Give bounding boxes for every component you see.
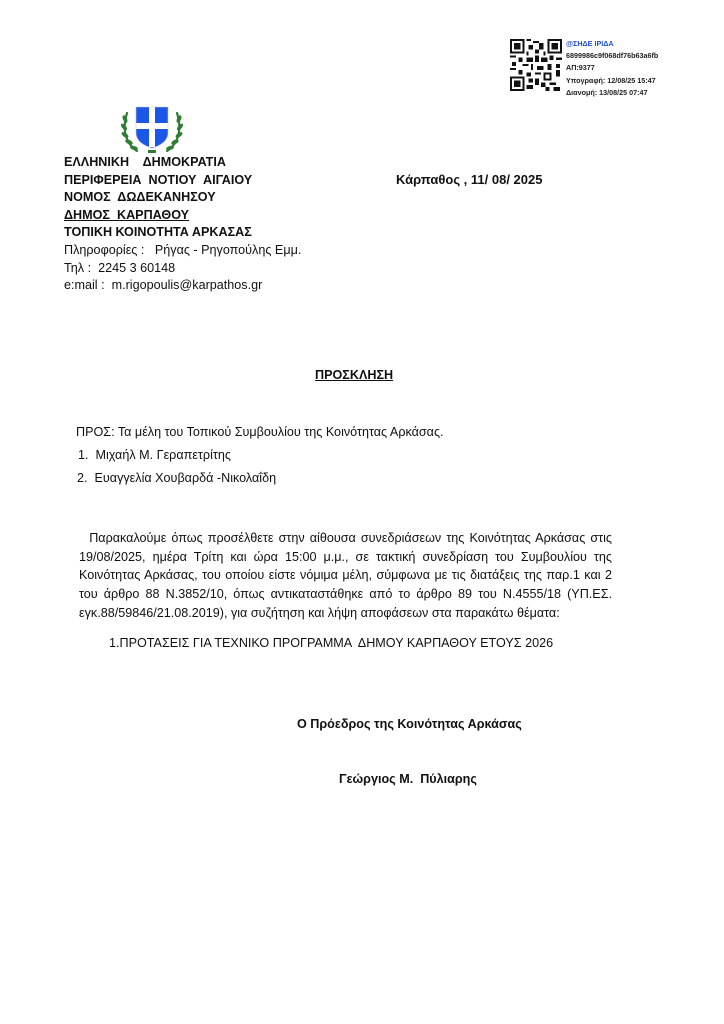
signatory-name: Γεώργιος Μ. Πύλιαρης	[339, 772, 477, 786]
stamp-signed: Υπογραφή: 12/08/25 15:47	[566, 75, 658, 87]
letterhead-community: ΤΟΠΙΚΗ ΚΟΙΝΟΤΗΤΑ ΑΡΚΑΣΑΣ	[64, 224, 301, 242]
contact-phone: Τηλ : 2245 3 60148	[64, 260, 301, 278]
stamp-hash: 6899986c9f068df76b63a6fb	[566, 50, 658, 62]
letterhead-prefecture: ΝΟΜΟΣ ΔΩΔΕΚΑΝΗΣΟΥ	[64, 189, 301, 207]
recipients-intro: ΠΡΟΣ: Τα μέλη του Τοπικού Συμβουλίου της…	[76, 423, 444, 442]
contact-info: Πληροφορίες : Ρήγας - Ρηγοπούλης Εμμ.	[64, 242, 301, 260]
paragraph-line: 19/08/2025, ημέρα Τρίτη και ώρα 15:00 μ.…	[79, 548, 612, 567]
letterhead-country: ΕΛΛΗΝΙΚΗ ΔΗΜΟΚΡΑΤΙΑ	[64, 154, 301, 172]
signatory-role: Ο Πρόεδρος της Κοινότητας Αρκάσας	[297, 717, 522, 731]
stamp-brand: @ΣΗΔΕ ΙΡΙΔΑ	[566, 38, 658, 50]
stamp-protocol: ΑΠ:9377	[566, 62, 658, 74]
recipient-item: 1. Μιχαήλ Μ. Γεραπετρίτης	[78, 446, 231, 465]
document-title: ΠΡΟΣΚΛΗΣΗ	[315, 368, 393, 382]
contact-email: e:mail : m.rigopoulis@karpathos.gr	[64, 277, 301, 295]
letterhead-municipality: ΔΗΜΟΣ ΚΑΡΠΑΘΟΥ	[64, 207, 301, 225]
invitation-paragraph: Παρακαλούμε όπως προσέλθετε στην αίθουσα…	[79, 529, 612, 623]
document-date: Κάρπαθος , 11/ 08/ 2025	[396, 172, 542, 187]
e-signature-stamp: @ΣΗΔΕ ΙΡΙΔΑ 6899986c9f068df76b63a6fb ΑΠ:…	[566, 38, 658, 99]
paragraph-line: Παρακαλούμε όπως προσέλθετε στην αίθουσα…	[79, 529, 612, 548]
qr-code-icon	[510, 39, 562, 91]
letterhead-region: ΠΕΡΙΦΕΡΕΙΑ ΝΟΤΙΟΥ ΑΙΓΑΙΟΥ	[64, 172, 301, 190]
stamp-distributed: Διανομή: 13/08/25 07:47	[566, 87, 658, 99]
recipient-item: 2. Ευαγγελία Χουβαρδά -Νικολαΐδη	[77, 469, 276, 488]
agenda-item: 1.ΠΡΟΤΑΣΕΙΣ ΓΙΑ ΤΕΧΝΙΚΟ ΠΡΟΓΡΑΜΜΑ ΔΗΜΟΥ …	[109, 636, 553, 650]
letterhead: ΕΛΛΗΝΙΚΗ ΔΗΜΟΚΡΑΤΙΑ ΠΕΡΙΦΕΡΕΙΑ ΝΟΤΙΟΥ ΑΙ…	[64, 154, 301, 295]
paragraph-line: εγκ.88/59846/21.08.2019), για συζήτηση κ…	[79, 604, 612, 623]
paragraph-line: Κοινότητας Αρκάσας, του οποίου είστε νόμ…	[79, 566, 612, 585]
greek-coat-of-arms-icon	[119, 99, 185, 155]
paragraph-line: του άρθρο 88 Ν.3852/10, όπως αντικαταστά…	[79, 585, 612, 604]
